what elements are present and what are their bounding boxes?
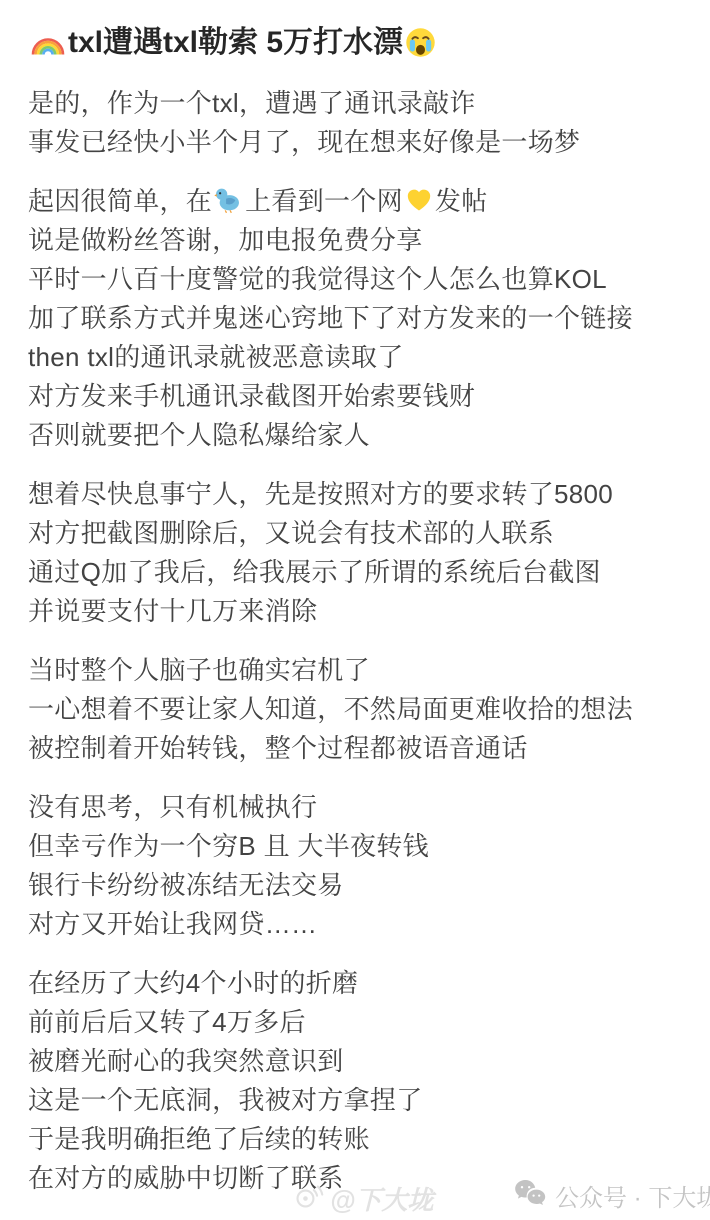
post-paragraph: 当时整个人脑子也确实宕机了一心想着不要让家人知道，不然局面更难收拾的想法被控制着… xyxy=(28,651,692,768)
weibo-watermark-text: @下大垅 xyxy=(330,1180,433,1217)
wechat-logo-icon xyxy=(514,1178,546,1213)
post-line: 说是做粉丝答谢，加电报免费分享 xyxy=(28,221,692,260)
post-line: 对方把截图删除后，又说会有技术部的人联系 xyxy=(28,514,692,553)
post-line: 但幸亏作为一个穷B 且 大半夜转钱 xyxy=(28,827,692,866)
rainbow-emoji-icon xyxy=(30,36,66,56)
post-line: 加了联系方式并鬼迷心窍地下了对方发来的一个链接 xyxy=(28,299,692,338)
post-line: 对方又开始让我网贷…… xyxy=(28,905,692,944)
loudly-crying-emoji-icon xyxy=(405,27,436,58)
post-line: 被磨光耐心的我突然意识到 xyxy=(28,1042,692,1081)
post-line: 于是我明确拒绝了后续的转账 xyxy=(28,1120,692,1159)
post-paragraph: 想着尽快息事宁人，先是按照对方的要求转了5800对方把截图删除后，又说会有技术部… xyxy=(28,475,692,631)
post-line: 通过Q加了我后，给我展示了所谓的系统后台截图 xyxy=(28,553,692,592)
post-paragraph: 没有思考，只有机械执行但幸亏作为一个穷B 且 大半夜转钱银行卡纷纷被冻结无法交易… xyxy=(28,788,692,944)
yellow-heart-emoji-icon xyxy=(405,186,433,214)
post-title: txl遭遇txl勒索 5万打水漂 xyxy=(28,22,692,64)
post-paragraph: 是的，作为一个txl，遭遇了通讯录敲诈事发已经快小半个月了，现在想来好像是一场梦 xyxy=(28,84,692,162)
post-line: 当时整个人脑子也确实宕机了 xyxy=(28,651,692,690)
post-paragraph: 在经历了大约4个小时的折磨前前后后又转了4万多后被磨光耐心的我突然意识到这是一个… xyxy=(28,964,692,1198)
post: txl遭遇txl勒索 5万打水漂 是的，作为一个txl，遭遇了通讯录敲诈事发已经… xyxy=(0,0,710,1220)
post-paragraph: 起因很简单，在上看到一个网发帖说是做粉丝答谢，加电报免费分享平时一八百十度警觉的… xyxy=(28,182,692,455)
post-line: 是的，作为一个txl，遭遇了通讯录敲诈 xyxy=(28,84,692,123)
post-line: 否则就要把个人隐私爆给家人 xyxy=(28,416,692,455)
post-line: 平时一八百十度警觉的我觉得这个人怎么也算KOL xyxy=(28,260,692,299)
post-line: 事发已经快小半个月了，现在想来好像是一场梦 xyxy=(28,123,692,162)
post-line: 起因很简单，在上看到一个网发帖 xyxy=(28,182,692,221)
weibo-watermark: @下大垅 xyxy=(294,1180,433,1217)
post-line: 没有思考，只有机械执行 xyxy=(28,788,692,827)
post-line: then txl的通讯录就被恶意读取了 xyxy=(28,338,692,377)
wechat-watermark-text: 公众号 · 下大垅 xyxy=(555,1178,710,1213)
post-line: 在经历了大约4个小时的折磨 xyxy=(28,964,692,1003)
post-line: 银行卡纷纷被冻结无法交易 xyxy=(28,866,692,905)
post-line: 被控制着开始转钱，整个过程都被语音通话 xyxy=(28,729,692,768)
blue-bird-emoji-icon xyxy=(214,185,243,214)
post-line: 前前后后又转了4万多后 xyxy=(28,1003,692,1042)
weibo-logo-icon xyxy=(294,1180,324,1217)
post-line: 这是一个无底洞，我被对方拿捏了 xyxy=(28,1081,692,1120)
wechat-watermark: 公众号 · 下大垅 xyxy=(514,1178,710,1213)
post-line: 并说要支付十几万来消除 xyxy=(28,592,692,631)
post-body: 是的，作为一个txl，遭遇了通讯录敲诈事发已经快小半个月了，现在想来好像是一场梦… xyxy=(28,84,692,1198)
post-line: 想着尽快息事宁人，先是按照对方的要求转了5800 xyxy=(28,475,692,514)
post-line: 对方发来手机通讯录截图开始索要钱财 xyxy=(28,377,692,416)
post-line: 一心想着不要让家人知道，不然局面更难收拾的想法 xyxy=(28,690,692,729)
